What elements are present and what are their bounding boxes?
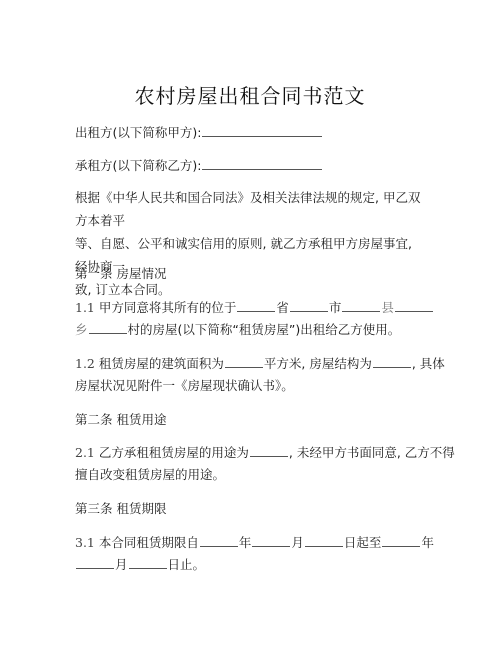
- clause-1-1-line-1: 1.1 甲方同意将其所有的位于省市县: [75, 296, 434, 319]
- province-label: 省: [276, 300, 289, 315]
- month-label: 月: [291, 535, 304, 550]
- end-year-blank[interactable]: [382, 534, 420, 547]
- year-label: 年: [421, 535, 434, 550]
- clause-1-2-line-1: 1.2 租赁房屋的建筑面积为平方米, 房屋结构为, 具体: [75, 352, 445, 375]
- clause-number: 1.1: [75, 300, 95, 315]
- province-blank[interactable]: [237, 299, 275, 312]
- city-label: 市: [329, 300, 342, 315]
- end-day-blank[interactable]: [129, 556, 167, 569]
- village-blank[interactable]: [89, 321, 127, 334]
- year-label: 年: [239, 535, 252, 550]
- city-blank[interactable]: [290, 299, 328, 312]
- clause-text: , 具体: [412, 356, 445, 371]
- clause-number: 3.1: [75, 535, 95, 550]
- clause-number: 1.2: [75, 356, 95, 371]
- clause-2-1-line-2: 擅自改变租赁房屋的用途。: [75, 463, 225, 486]
- area-blank[interactable]: [225, 355, 263, 368]
- section-heading-1: 第一条 房屋情况: [75, 262, 166, 285]
- clause-1-1-line-2: 乡村的房屋(以下简称“租赁房屋”)出租给乙方使用。: [75, 318, 400, 341]
- county-label: 县: [381, 300, 394, 315]
- clause-text: 甲方同意将其所有的位于: [99, 300, 237, 315]
- lessor-line: 出租方(以下简称甲方):: [75, 121, 323, 144]
- county-blank[interactable]: [342, 299, 380, 312]
- day-from-label: 日起至: [344, 535, 382, 550]
- clause-3-1-line-2: 月日止。: [75, 553, 205, 576]
- lessee-label: 承租方(以下简称乙方):: [75, 158, 201, 173]
- clause-1-2-line-2: 房屋状况见附件一《房屋现状确认书》。: [75, 374, 294, 397]
- preamble-line: 根据《中华人民共和国合同法》及相关法律法规的规定, 甲乙双方本着平: [75, 186, 425, 232]
- section-heading-3: 第三条 租赁期限: [75, 497, 166, 520]
- lessor-label: 出租方(以下简称甲方):: [75, 125, 201, 140]
- clause-number: 2.1: [75, 445, 95, 460]
- section-heading-2: 第二条 租赁用途: [75, 408, 166, 431]
- end-month-blank[interactable]: [76, 556, 114, 569]
- clause-text: 平方米, 房屋结构为: [264, 356, 372, 371]
- lessee-blank[interactable]: [202, 157, 322, 170]
- clause-text: 租赁房屋的建筑面积为: [99, 356, 224, 371]
- clause-3-1-line-1: 3.1 本合同租赁期限自年月日起至年: [75, 531, 434, 554]
- document-page: 农村房屋出租合同书范文 出租方(以下简称甲方): 承租方(以下简称乙方): 根据…: [0, 0, 500, 647]
- start-day-blank[interactable]: [305, 534, 343, 547]
- township-blank[interactable]: [395, 299, 433, 312]
- lessor-blank[interactable]: [202, 124, 322, 137]
- lessee-line: 承租方(以下简称乙方):: [75, 154, 323, 177]
- usage-blank[interactable]: [250, 444, 288, 457]
- clause-text: 本合同租赁期限自: [99, 535, 199, 550]
- clause-text: 村的房屋(以下简称“租赁房屋”)出租给乙方使用。: [128, 322, 401, 337]
- start-month-blank[interactable]: [252, 534, 290, 547]
- clause-2-1-line-1: 2.1 乙方承租租赁房屋的用途为, 未经甲方书面同意, 乙方不得: [75, 441, 455, 464]
- document-title: 农村房屋出租合同书范文: [0, 80, 500, 109]
- clause-text: , 未经甲方书面同意, 乙方不得: [289, 445, 455, 460]
- structure-blank[interactable]: [373, 355, 411, 368]
- start-year-blank[interactable]: [200, 534, 238, 547]
- township-label: 乡: [75, 322, 88, 337]
- day-to-label: 日止。: [168, 557, 206, 572]
- clause-text: 乙方承租租赁房屋的用途为: [99, 445, 249, 460]
- month-label: 月: [115, 557, 128, 572]
